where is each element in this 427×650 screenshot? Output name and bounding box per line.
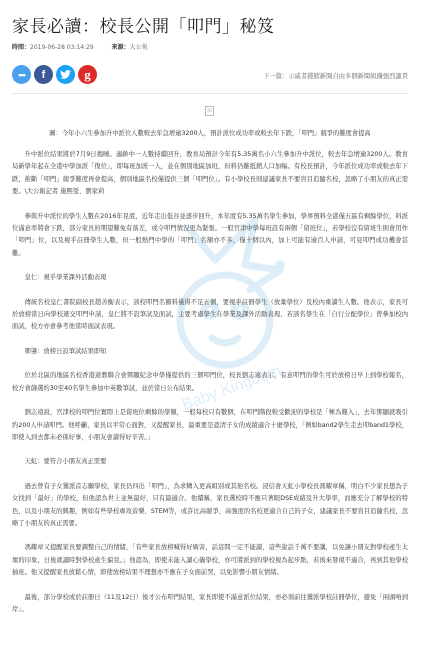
paragraph: 最後，部分學校或於註冊日（11及12日）後才公布叩門結果，家長即使不滿意派位結果… xyxy=(12,592,408,617)
subheading: 皇仁：視乎學業課外活動表現 xyxy=(12,272,408,284)
paragraph: 過去曾有子女獲派首志願學校，家長仍四出「叩門」，為求轉入更高組別或其他名校。浸信… xyxy=(12,481,408,531)
paragraph: 傳統名校皇仁書院副校長趙善衡表示，該校叩門名額料僅得不足五個，要視乎註冊學生（放… xyxy=(12,297,408,334)
next-article-link[interactable]: 下一篇：示威者錢賭新聞自由多個新聞組織強烈譴責 xyxy=(263,71,408,80)
broken-image-icon: ☒ xyxy=(205,106,214,116)
header-divider xyxy=(12,93,408,94)
article-title: 家長必讀：校長公開「叩門」秘笈 xyxy=(12,12,275,37)
article-page: 家長必讀：校長公開「叩門」秘笈 時間：2019-06-28 03:14:29 來… xyxy=(0,0,427,650)
subheading: 鄧肇：放榜日設筆試結果即知 xyxy=(12,346,408,358)
twitter-icon[interactable] xyxy=(56,65,75,84)
more-share-icon[interactable]: ••• xyxy=(12,65,31,84)
paragraph: 位於北區的地區名校香港道教聯合會鄧顯紀念中學僅提供約三個叩門位，校長劉志遠表示，… xyxy=(12,370,408,395)
facebook-icon[interactable]: f xyxy=(34,65,53,84)
paragraph: 馮耀章又提醒家長要調整自己的情緒，「有些家長放榜喊得好厲害，話這間一定不能讀，這… xyxy=(12,542,408,579)
paragraph: 升中派位結果將於7月9日揭曉。適齡中一人數持續回升，教育局預計今年有5.35萬名… xyxy=(12,149,408,199)
article-meta: 時間：2019-06-28 03:14:29 來源：大公報 xyxy=(12,42,148,51)
image-caption: 圖：今年小六生參加升中派位人數較去年急增逾3200人，預計派位成功率或較去年下跌… xyxy=(12,128,408,137)
time-label: 時間： xyxy=(12,44,30,51)
paragraph: 劉志遠說，官津校的叩門位實際上是留班位剩餘的學額，一般每校只有數個，在叩門階段較… xyxy=(12,407,408,444)
google-plus-icon[interactable]: g xyxy=(78,65,97,84)
source-value: 大公報 xyxy=(130,44,148,51)
paragraph: 參與升中派位的學生人數在2016年見底，近年走出低谷並逐步回升，本年度有5.35… xyxy=(12,211,408,261)
share-bar: ••• f g xyxy=(12,65,97,84)
source-label: 來源： xyxy=(112,44,130,51)
article-body: 升中派位結果將於7月9日揭曉。適齡中一人數持續回升，教育局預計今年有5.35萬名… xyxy=(12,149,408,628)
subheading: 天虹：要符合小朋友真正需要 xyxy=(12,456,408,468)
time-value: 2019-06-28 03:14:29 xyxy=(30,44,94,51)
